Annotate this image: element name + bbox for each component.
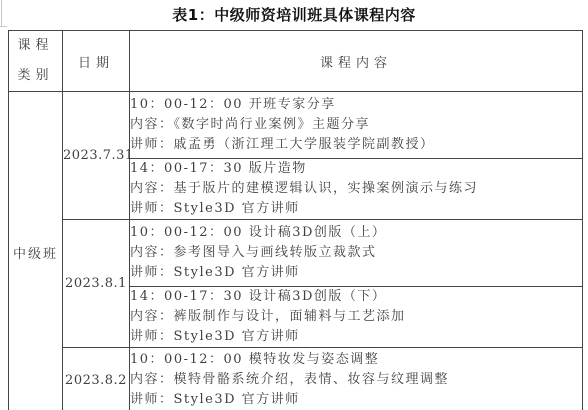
header-row: 课程 类别 日期 课程内容 bbox=[9, 31, 583, 92]
table-row: 中级班 2023.7.31 10：00-12：00 开班专家分享 内容：《数字时… bbox=[9, 92, 583, 159]
session-cell-1: 10：00-12：00 开班专家分享 内容：《数字时尚行业案例》主题分享 讲师：… bbox=[130, 92, 583, 159]
session-content-line: 内容：裤版制作与设计，面辅料与工艺添加 bbox=[130, 307, 582, 327]
session-cell-4: 14：00-17：30 设计稿3D创版（下） 内容：裤版制作与设计，面辅料与工艺… bbox=[130, 287, 583, 348]
session-time-line: 10：00-12：00 开班专家分享 bbox=[130, 95, 582, 115]
session-lecturer-line: 讲师：戚孟勇（浙江理工大学服装学院副教授） bbox=[130, 135, 582, 155]
session-lecturer-line: 讲师：Style3D 官方讲师 bbox=[130, 199, 582, 219]
page-edge-artifact-horizontal bbox=[0, 26, 7, 27]
session-lecturer-line: 讲师：Style3D 官方讲师 bbox=[130, 327, 582, 347]
header-course-content: 课程内容 bbox=[130, 31, 583, 92]
header-course-category-line2: 类别 bbox=[9, 61, 62, 91]
table-row: 2023.8.2 10：00-12：00 模特妆发与姿态调整 内容：模特骨骼系统… bbox=[9, 348, 583, 410]
header-course-category: 课程 类别 bbox=[9, 31, 63, 92]
session-content-line: 内容：《数字时尚行业案例》主题分享 bbox=[130, 115, 582, 135]
session-time-line: 10：00-12：00 设计稿3D创版（上） bbox=[130, 223, 582, 243]
table-row: 2023.8.1 10：00-12：00 设计稿3D创版（上） 内容：参考图导入… bbox=[9, 220, 583, 287]
session-lecturer-line: 讲师：Style3D 官方讲师 bbox=[130, 263, 582, 283]
session-cell-5: 10：00-12：00 模特妆发与姿态调整 内容：模特骨骼系统介绍，表情、妆容与… bbox=[130, 348, 583, 410]
session-cell-2: 14：00-17：30 版片造物 内容：基于版片的建模逻辑认识，实操案例演示与练… bbox=[130, 159, 583, 220]
session-content-line: 内容：基于版片的建模逻辑认识，实操案例演示与练习 bbox=[130, 179, 582, 199]
document-page: 表1：中级师资培训班具体课程内容 课程 类别 日期 课程内容 中级班 2023.… bbox=[0, 0, 588, 410]
session-time-line: 14：00-17：30 设计稿3D创版（下） bbox=[130, 287, 582, 307]
session-content-line: 内容：模特骨骼系统介绍，表情、妆容与纹理调整 bbox=[130, 370, 582, 390]
category-cell: 中级班 bbox=[9, 92, 63, 410]
session-content-line: 内容：参考图导入与画线转版立裁款式 bbox=[130, 243, 582, 263]
date-cell-2023-7-31: 2023.7.31 bbox=[63, 92, 130, 220]
course-schedule-table: 课程 类别 日期 课程内容 中级班 2023.7.31 10：00-12：00 … bbox=[8, 30, 583, 410]
session-cell-3: 10：00-12：00 设计稿3D创版（上） 内容：参考图导入与画线转版立裁款式… bbox=[130, 220, 583, 287]
session-time-line: 10：00-12：00 模特妆发与姿态调整 bbox=[130, 350, 582, 370]
date-cell-2023-8-1: 2023.8.1 bbox=[63, 220, 130, 348]
session-time-line: 14：00-17：30 版片造物 bbox=[130, 159, 582, 179]
session-lecturer-line: 讲师：Style3D 官方讲师 bbox=[130, 390, 582, 410]
date-cell-2023-8-2: 2023.8.2 bbox=[63, 348, 130, 410]
table-title: 表1：中级师资培训班具体课程内容 bbox=[0, 4, 588, 25]
header-date: 日期 bbox=[63, 31, 130, 92]
header-course-category-line1: 课程 bbox=[9, 31, 62, 61]
